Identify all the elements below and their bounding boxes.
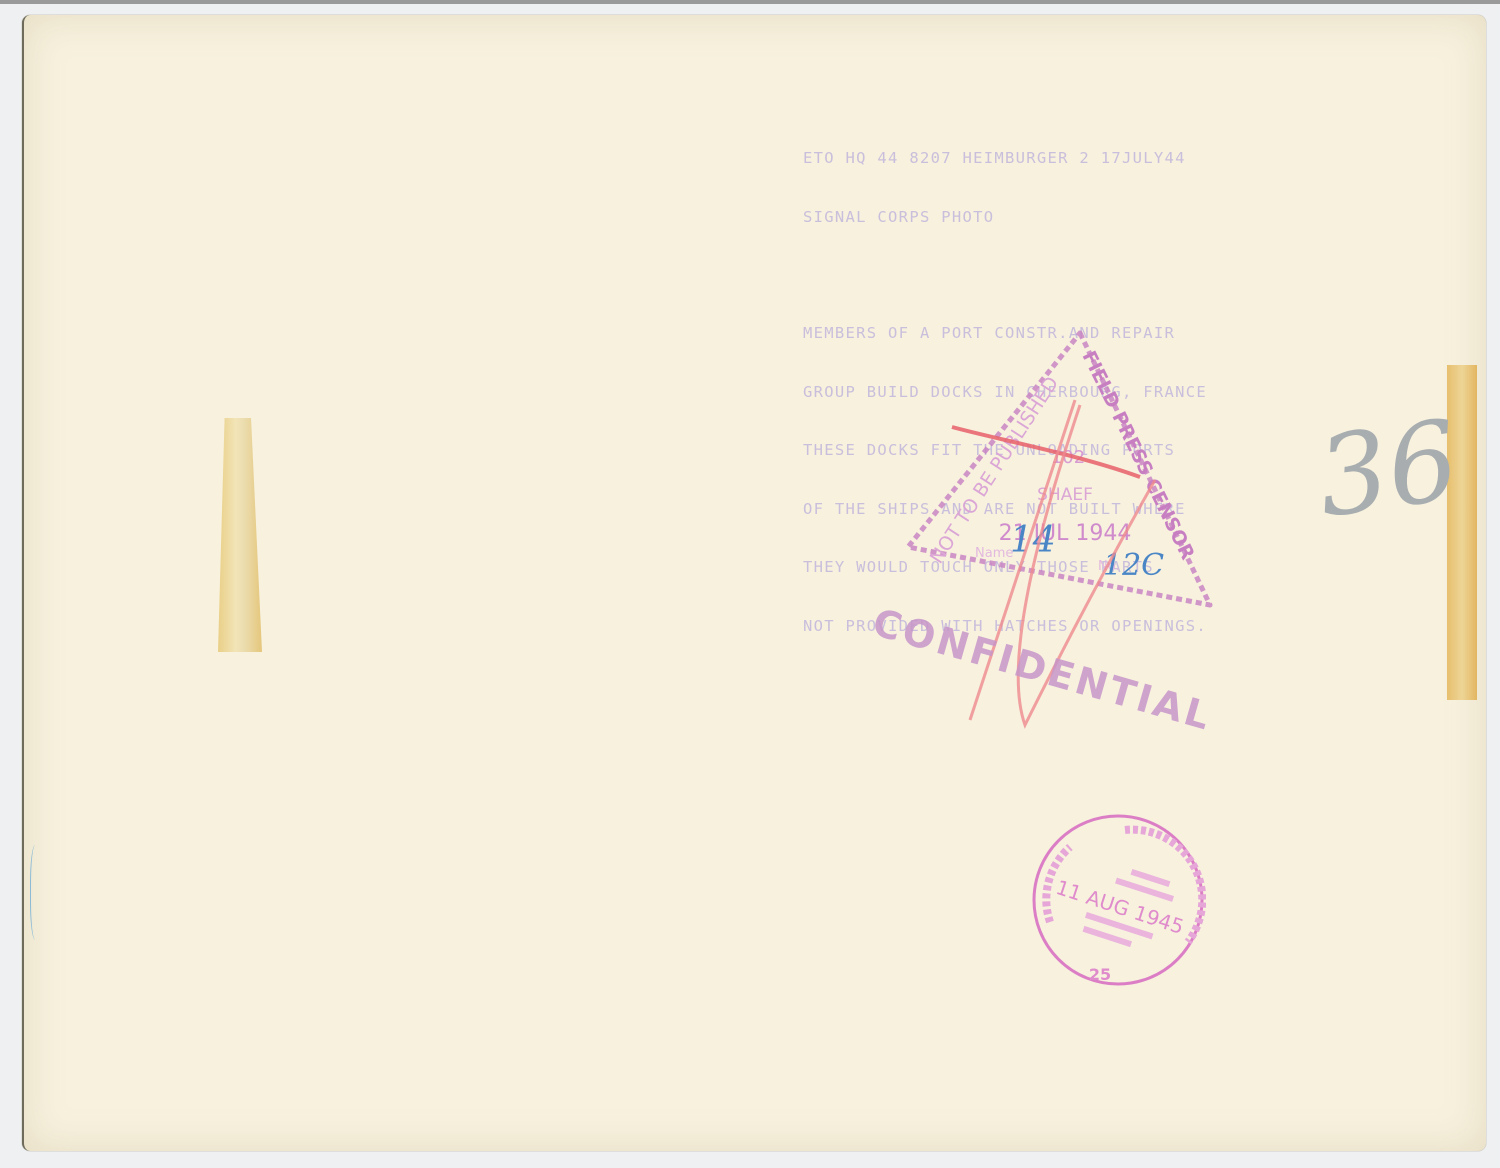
blue-pen-mark xyxy=(30,845,43,940)
caption-line: SIGNAL CORPS PHOTO xyxy=(803,208,1207,228)
scan-top-edge xyxy=(0,0,1500,4)
svg-text:25: 25 xyxy=(1089,965,1111,984)
caption-line: ETO HQ 44 8207 HEIMBURGER 2 17JULY44 xyxy=(803,149,1207,169)
pencil-number: 36 xyxy=(1310,396,1466,542)
circular-date-stamp: 11 AUG 1945 25 xyxy=(1030,812,1206,988)
tape-strip-right xyxy=(1447,365,1477,700)
